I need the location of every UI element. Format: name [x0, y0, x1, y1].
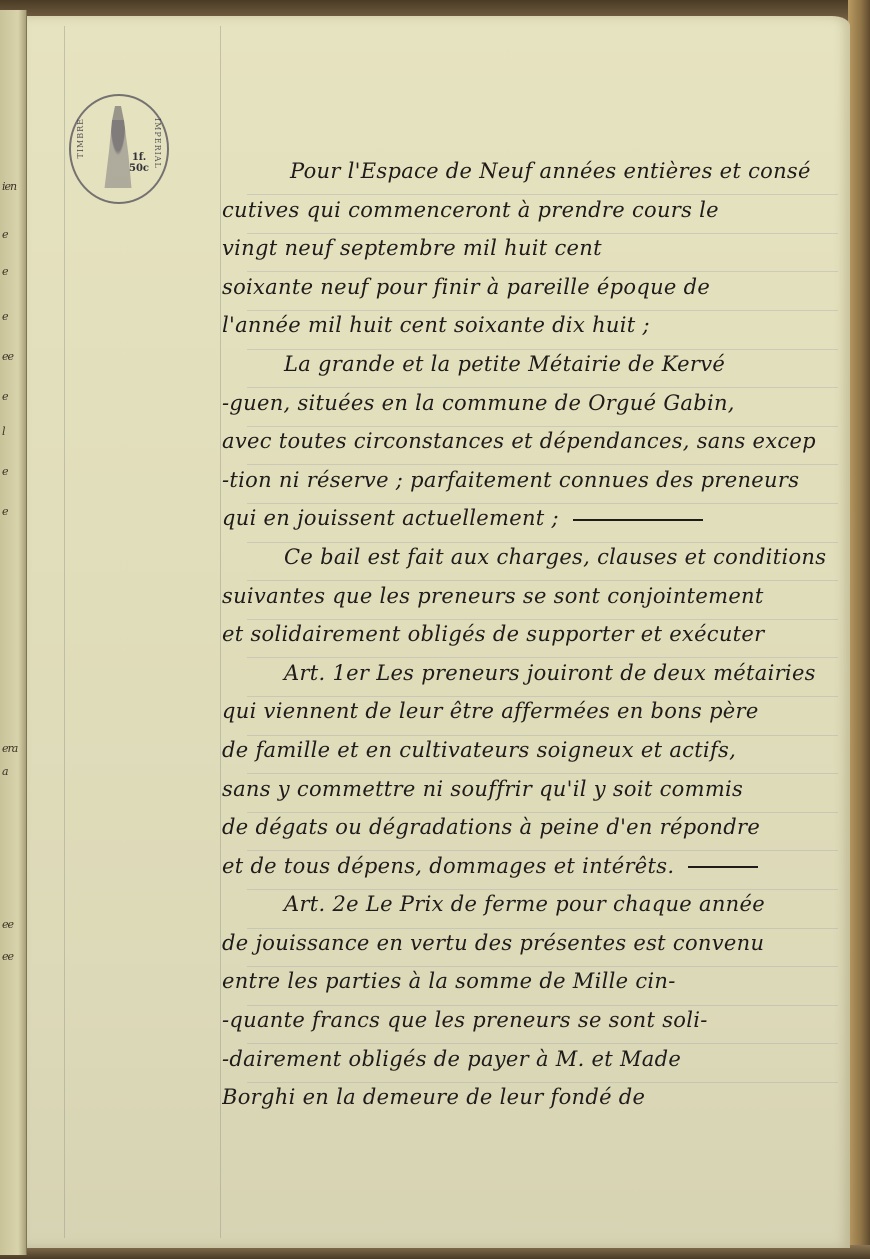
facing-page-fragment: e	[2, 390, 8, 403]
facing-page-fragment: era	[2, 742, 17, 755]
text-line: de dégats ou dégradations à peine d'en r…	[222, 808, 852, 847]
text-line: -dairement obligés de payer à M. et Made	[222, 1040, 852, 1079]
text-line: Pour l'Espace de Neuf années entières et…	[222, 152, 852, 191]
imperial-tax-stamp: TIMBRE IMPERIAL 1f. 50c	[69, 94, 169, 204]
stamp-value-francs: 1f.	[129, 152, 149, 163]
text-line: soixante neuf pour finir à pareille époq…	[222, 268, 852, 307]
text-line: Art. 2e Le Prix de ferme pour chaque ann…	[222, 885, 852, 924]
text-line: cutives qui commenceront à prendre cours…	[222, 191, 852, 230]
stamp-value-centimes: 50c	[129, 163, 149, 174]
text-line: Borghi en la demeure de leur fondé de	[222, 1078, 852, 1117]
facing-page-fragment: l	[2, 425, 5, 438]
text-line: Art. 1er Les preneurs jouiront de deux m…	[222, 654, 852, 693]
text-line: -tion ni réserve ; parfaitement connues …	[222, 461, 852, 500]
facing-page-fragment: ee	[2, 350, 13, 363]
facing-page-edge: ien e e e ee e l e e era a ee ee	[0, 10, 27, 1255]
text-line: et solidairement obligés de supporter et…	[222, 615, 852, 654]
text-line: Ce bail est fait aux charges, clauses et…	[222, 538, 852, 577]
text-line: vingt neuf septembre mil huit cent	[222, 229, 852, 268]
text-line: l'année mil huit cent soixante dix huit …	[222, 306, 852, 345]
justice-figure-icon	[103, 106, 133, 188]
text-line: de jouissance en vertu des présentes est…	[222, 924, 852, 963]
facing-page-fragment: e	[2, 465, 8, 478]
margin-line-inner	[220, 26, 221, 1238]
text-line-content: qui en jouissent actuellement ;	[222, 506, 559, 530]
facing-page-fragment: ee	[2, 918, 13, 931]
line-filler-dash	[688, 866, 758, 868]
text-line-content: et de tous dépens, dommages et intérêts.	[222, 854, 674, 878]
text-line: -quante francs que les preneurs se sont …	[222, 1001, 852, 1040]
stamp-label-right: IMPERIAL	[153, 118, 162, 169]
facing-page-fragment: e	[2, 505, 8, 518]
text-line: et de tous dépens, dommages et intérêts.	[222, 847, 852, 886]
line-filler-dash	[573, 519, 703, 521]
text-line: entre les parties à la somme de Mille ci…	[222, 962, 852, 1001]
text-line: qui viennent de leur être affermées en b…	[222, 692, 852, 731]
facing-page-fragment: e	[2, 265, 8, 278]
facing-page-fragment: e	[2, 310, 8, 323]
text-line: de famille et en cultivateurs soigneux e…	[222, 731, 852, 770]
text-line: sans y commettre ni souffrir qu'il y soi…	[222, 770, 852, 809]
stamp-label-left: TIMBRE	[76, 118, 85, 158]
handwritten-text: Pour l'Espace de Neuf années entières et…	[222, 152, 852, 1117]
text-line: avec toutes circonstances et dépendances…	[222, 422, 852, 461]
text-line: -guen, situées en la commune de Orgué Ga…	[222, 384, 852, 423]
text-line: suivantes que les preneurs se sont conjo…	[222, 577, 852, 616]
text-line: qui en jouissent actuellement ;	[222, 499, 852, 538]
facing-page-fragment: e	[2, 228, 8, 241]
margin-line-outer	[64, 26, 65, 1238]
facing-page-fragment: ee	[2, 950, 13, 963]
facing-page-fragment: a	[2, 765, 8, 778]
stamp-value: 1f. 50c	[129, 152, 149, 174]
text-line: La grande et la petite Métairie de Kervé	[222, 345, 852, 384]
facing-page-fragment: ien	[2, 180, 16, 193]
